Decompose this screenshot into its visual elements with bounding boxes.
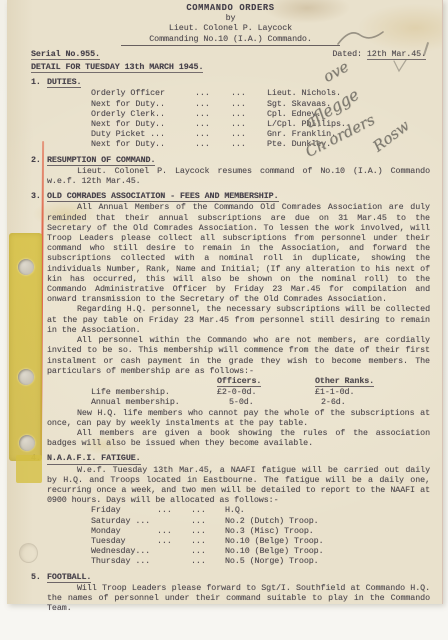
dots: ... [191,556,225,566]
day-label: Thursday ... [91,556,157,566]
section-title: RESUMPTION OF COMMAND. [47,155,155,166]
duties-table: Orderly Officer......Lieut. Nichols. Nex… [91,88,430,149]
section-title: N.A.A.F.I. FATIGUE. [47,453,141,464]
association-para2: Regarding H.Q. personnel, the necessary … [47,304,430,335]
duty-name: Lieut. Nichols. [267,88,430,98]
fee-label: Life membership. [91,387,217,397]
yellow-tape-fragment [16,455,42,483]
dots: ... [191,546,225,556]
pencil-v-mark [392,58,408,74]
association-para4: New H.Q. life members who cannot pay the… [47,408,430,428]
punch-hole [18,369,34,385]
day-troop: No.3 (Misc) Troop. [225,526,430,536]
dots: ... [195,129,231,139]
duty-role: Duty Picket ... [91,129,195,139]
detail-heading: DETAIL FOR TUESDAY 13th MARCH 1945. [31,62,430,72]
fee-label: Annual membership. [91,397,217,407]
section-title: OLD COMRADES ASSOCIATION - FEES AND MEMB… [47,191,279,202]
day-label: Saturday ... [91,516,157,526]
section-title: DUTIES. [47,77,81,88]
duty-name: Gnr. Franklin. [267,129,430,139]
day-troop: No.10 (Belge) Troop. [225,546,430,556]
football-body: Will Troop Leaders please forward to Sgt… [47,583,430,614]
naafi-para1: W.e.f. Tuesday 13th Mar.45, a NAAFI fati… [47,465,430,506]
day-label: Tuesday [91,536,157,546]
duty-name: Cpl. Edney. [267,109,430,119]
fee-other: £1-1-0d. [315,387,430,397]
header-commanding: Commanding No.10 (I.A.) Commando. [121,34,340,46]
section-football: 5. FOOTBALL. Will Troop Leaders please f… [31,572,430,614]
section-title: FOOTBALL. [47,572,91,583]
duty-name: L/Cpl. Phillips. [267,119,430,129]
dots: ... [231,99,267,109]
section-duties: 1. DUTIES. Orderly Officer......Lieut. N… [31,77,430,149]
section-number: 1. [31,77,47,149]
dots: ... [231,119,267,129]
dots: ... [191,526,225,536]
dots: ... [157,526,191,536]
dots: ... [191,505,225,515]
duty-role: Next for Duty.. [91,139,195,149]
duty-role: Orderly Clerk.. [91,109,195,119]
association-para3: All personnel within the Commando who ar… [47,335,430,376]
day-label: Friday [91,505,157,515]
punch-hole [18,259,34,275]
dots: ... [231,88,267,98]
dots: ... [191,516,225,526]
day-label: Wednesday... [91,546,157,556]
resumption-body: Lieut. Colonel P. Laycock resumes comman… [47,166,430,186]
dots: ... [191,536,225,546]
day-label: Monday [91,526,157,536]
day-troop: H.Q. [225,505,430,515]
dots [157,546,191,556]
section-number: 5. [31,572,47,614]
duty-role: Next for Duty.. [91,119,195,129]
duty-role: Next for Duty.. [91,99,195,109]
section-naafi: 4. N.A.A.F.I. FATIGUE. W.e.f. Tuesday 13… [31,453,430,566]
duty-name: Pte. Dunkley. [267,139,430,149]
dots: ... [195,88,231,98]
day-troop: No.2 (Dutch) Troop. [225,516,430,526]
dots: ... [195,119,231,129]
section-resumption: 2. RESUMPTION OF COMMAND. Lieut. Colonel… [31,155,430,187]
section-association: 3. OLD COMRADES ASSOCIATION - FEES AND M… [31,191,430,448]
pencil-tick-mark [336,24,386,52]
fee-other: 2-6d. [315,397,430,407]
header-by: by [31,13,430,23]
dots: ... [195,109,231,119]
naafi-days-table: Friday......H.Q. Saturday ......No.2 (Du… [91,505,430,566]
dots: ... [195,99,231,109]
dots: ... [231,139,267,149]
dots [157,516,191,526]
association-para1: All Annual Members of the Commando Old C… [47,202,430,304]
duty-name: Sgt. Skavaas. [267,99,430,109]
section-number: 2. [31,155,47,187]
dots: ... [157,505,191,515]
dots: ... [231,129,267,139]
document-title: COMMANDO ORDERS [31,3,430,13]
fees-col-other-ranks: Other Ranks. [315,376,430,387]
punch-hole-faint [19,543,38,563]
dots: ... [231,109,267,119]
dots: ... [157,536,191,546]
duty-role: Orderly Officer [91,88,195,98]
scanned-photo: COMMANDO ORDERS by Lieut. Colonel P. Lay… [0,0,448,640]
fee-officers: 5-0d. [217,397,315,407]
fee-officers: £2-0-0d. [217,387,315,397]
day-troop: No.10 (Belge) Troop. [225,536,430,546]
serial-number: Serial No.955. [31,49,100,60]
punch-hole [19,435,35,451]
document-page: COMMANDO ORDERS by Lieut. Colonel P. Lay… [7,0,443,604]
fees-col-officers: Officers. [217,376,315,387]
association-para5: All members are given a book showing the… [47,428,430,448]
dots [157,556,191,566]
dots: ... [195,139,231,149]
fees-table: Officers. Other Ranks. Life membership. … [91,376,430,408]
day-troop: No.5 (Norge) Troop. [225,556,430,566]
